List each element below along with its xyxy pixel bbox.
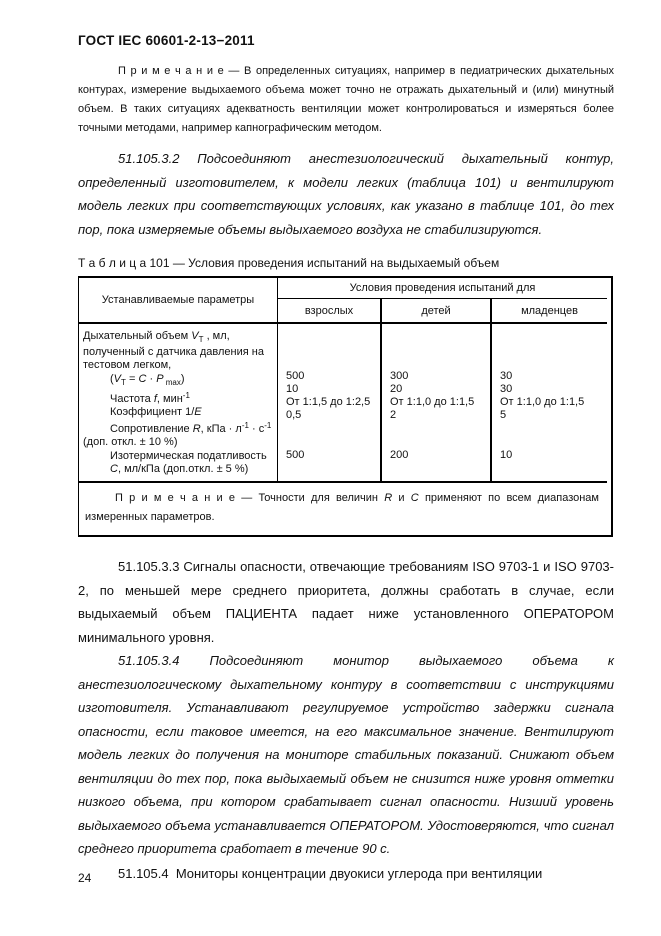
text-segment: · с — [249, 423, 264, 435]
text-segment: R — [384, 492, 392, 504]
text-segment: , мин — [157, 393, 183, 405]
table-line: тестовом легком, — [83, 359, 274, 372]
page-number: 24 — [78, 871, 91, 885]
table-line — [390, 343, 487, 356]
table-line — [286, 356, 377, 369]
table-line: C, мл/кПа (доп.откл. ± 5 %) — [83, 463, 274, 476]
text-segment: R — [193, 423, 201, 435]
table-values-children-cell: 30020От 1:1,0 до 1:1,52 200 — [380, 324, 492, 483]
table-line: 5 — [500, 409, 604, 422]
text-segment: · — [146, 373, 156, 385]
table-line: (VT = C · P max) — [83, 373, 274, 389]
table-line: Изотермическая податливость — [83, 450, 274, 463]
table-footnote: П р и м е ч а н и е — Точности для велич… — [79, 483, 607, 535]
table-caption: Т а б л и ц а 101 — Условия проведения и… — [78, 256, 614, 270]
table-line: (доп. откл. ± 10 %) — [83, 436, 274, 449]
table-line — [500, 330, 604, 343]
table-line: 2 — [390, 409, 487, 422]
text-segment: , мл, — [204, 330, 230, 342]
table-line — [500, 436, 604, 449]
table-line: Сопротивление R, кПа · л-1 · с-1 — [83, 419, 274, 436]
text-segment: Дыхательный объем — [83, 330, 191, 342]
heading-51-105-4: 51.105.4 Мониторы концентрации двуокиси … — [78, 862, 614, 886]
table-line — [500, 356, 604, 369]
text-segment: Изотермическая податливость — [110, 450, 267, 462]
table-line: 0,5 — [286, 409, 377, 422]
text-segment: П р и м е ч а н и е — Точности для велич… — [115, 492, 384, 504]
note-paragraph: П р и м е ч а н и е — В определенных сит… — [78, 62, 614, 138]
table-line: 300 — [390, 370, 487, 383]
text-segment: Частота — [110, 393, 154, 405]
document-page: ГОСТ IEC 60601-2-13−2011 П р и м е ч а н… — [0, 0, 661, 936]
text-segment: -1 — [242, 421, 249, 430]
table-line — [390, 436, 487, 449]
doc-title: ГОСТ IEC 60601-2-13−2011 — [78, 33, 614, 48]
table-line — [390, 422, 487, 435]
text-segment: , мл/кПа (доп.откл. ± 5 %) — [118, 463, 248, 475]
table-line — [500, 422, 604, 435]
table-line: полученный с датчика давления на — [83, 346, 274, 359]
text-segment: max — [164, 378, 181, 387]
table-line — [390, 356, 487, 369]
table-line — [286, 436, 377, 449]
table-line: От 1:1,0 до 1:1,5 — [390, 396, 487, 409]
text-segment: , кПа · л — [201, 423, 242, 435]
text-segment: C — [110, 463, 118, 475]
text-segment: и — [392, 492, 411, 504]
table-header-conditions: Условия проведения испытаний для — [278, 278, 607, 299]
paragraph-51-105-3-3: 51.105.3.3 Сигналы опасности, отвечающие… — [78, 555, 614, 649]
table-line: От 1:1,0 до 1:1,5 — [500, 396, 604, 409]
table-line: 30 — [500, 383, 604, 396]
text-segment: тестовом легком, — [83, 359, 171, 371]
table-line — [286, 330, 377, 343]
table-line: От 1:1,5 до 1:2,5 — [286, 396, 377, 409]
table-header-adults: взрослых — [278, 299, 380, 324]
table-line — [500, 343, 604, 356]
table-line: 200 — [390, 449, 487, 462]
table-line: 10 — [286, 383, 377, 396]
table-line — [286, 422, 377, 435]
table-line: Коэффициент 1/E — [83, 406, 274, 419]
table-line — [390, 330, 487, 343]
text-segment: V — [114, 373, 121, 385]
table-header-params: Устанавливаемые параметры — [79, 278, 278, 324]
table-line: 500 — [286, 449, 377, 462]
table-header-infants: младенцев — [492, 299, 607, 324]
text-segment: P — [156, 373, 163, 385]
table-line: 30 — [500, 370, 604, 383]
paragraph-51-105-3-2: 51.105.3.2 Подсоединяют анестезиологичес… — [78, 147, 614, 241]
table-header-children: детей — [380, 299, 492, 324]
paragraph-51-105-3-4: 51.105.3.4 Подсоединяют монитор выдыхаем… — [78, 649, 614, 861]
text-segment: (доп. откл. ± 10 %) — [83, 436, 177, 448]
text-segment: ) — [181, 373, 185, 385]
table-values-infants-cell: 3030От 1:1,0 до 1:1,55 10 — [492, 324, 607, 483]
table-values-adults-cell: 50010От 1:1,5 до 1:2,50,5 500 — [278, 324, 380, 483]
table-line: Дыхательный объем VT , мл, — [83, 330, 274, 346]
text-segment: Сопротивление — [110, 423, 193, 435]
text-segment: -1 — [264, 421, 271, 430]
text-segment: Коэффициент 1/ — [110, 406, 194, 418]
table-params-cell: Дыхательный объем VT , мл,полученный с д… — [79, 324, 278, 483]
text-segment: = — [126, 373, 139, 385]
text-segment: E — [194, 406, 201, 418]
table-line: 20 — [390, 383, 487, 396]
table-line: 500 — [286, 370, 377, 383]
text-segment: C — [411, 492, 419, 504]
table-line: 10 — [500, 449, 604, 462]
text-segment: -1 — [183, 391, 190, 400]
table-line — [286, 343, 377, 356]
text-segment: V — [191, 330, 198, 342]
table-101: Устанавливаемые параметры Условия провед… — [78, 276, 613, 537]
text-segment: полученный с датчика давления на — [83, 346, 264, 358]
table-line: Частота f, мин-1 — [83, 389, 274, 406]
